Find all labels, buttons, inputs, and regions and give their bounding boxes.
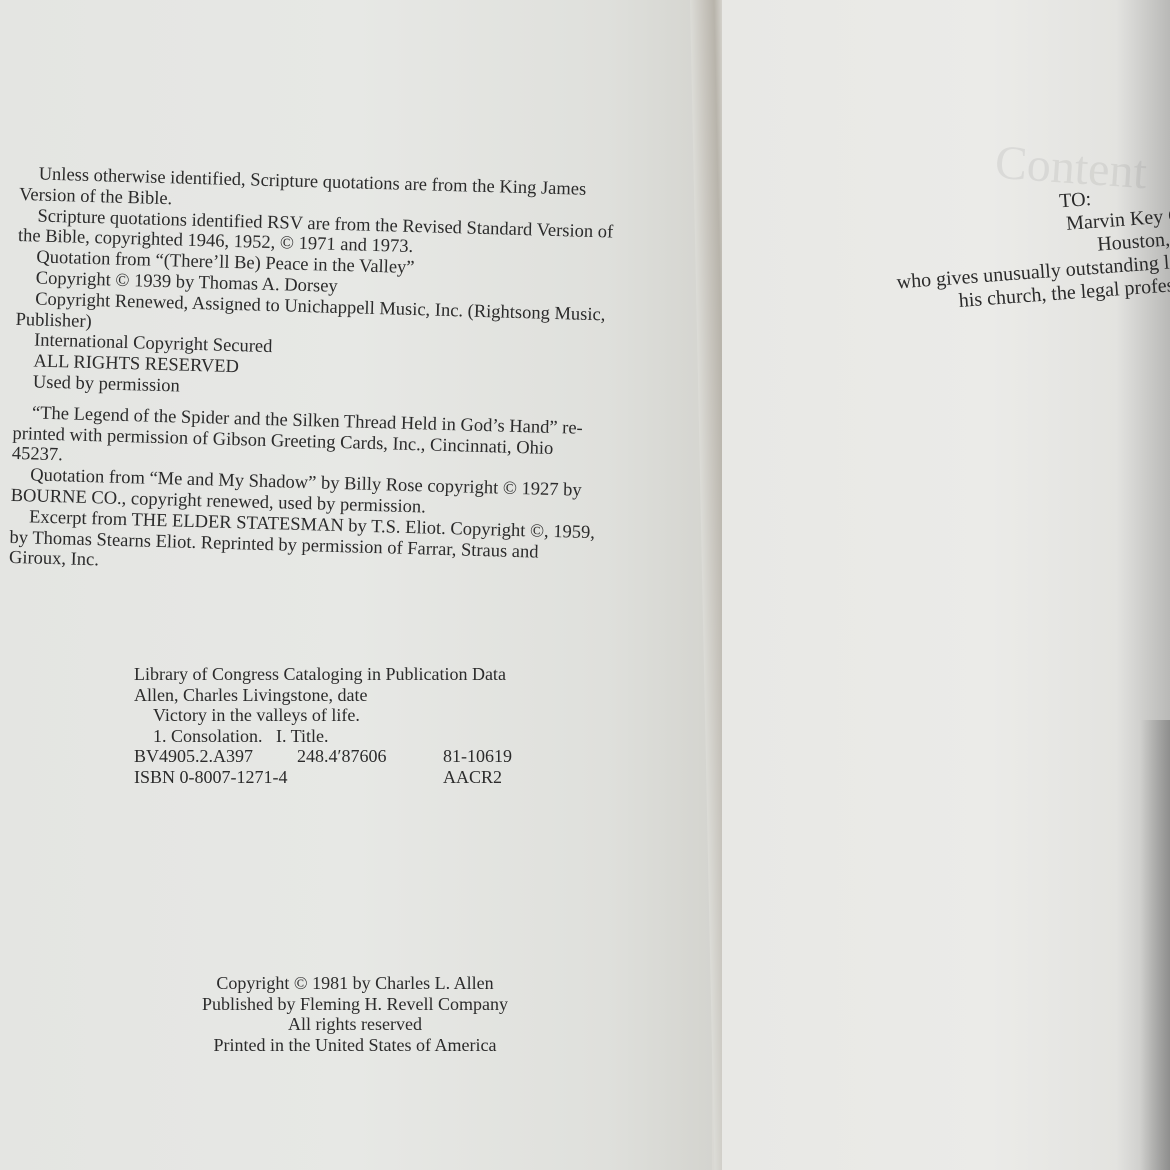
printed-line: Printed in the United States of America bbox=[150, 1035, 560, 1056]
cip-isbn-row: ISBN 0-8007-1271-4 AACR2 bbox=[134, 767, 603, 788]
cip-title: Victory in the valleys of life. bbox=[134, 705, 603, 726]
cip-classification-row: BV4905.2.A397 248.4′87606 81-10619 bbox=[134, 746, 603, 767]
cip-dewey: 248.4′87606 bbox=[297, 746, 443, 767]
cip-heading: Library of Congress Cataloging in Public… bbox=[134, 664, 603, 685]
permissions-block: Unless otherwise identified, Scripture q… bbox=[9, 164, 672, 587]
cip-subjects: 1. Consolation. I. Title. bbox=[134, 726, 603, 747]
cip-author: Allen, Charles Livingstone, date bbox=[134, 685, 603, 706]
cip-lccn: 81-10619 bbox=[443, 746, 603, 767]
copyright-block: Copyright © 1981 by Charles L. Allen Pub… bbox=[150, 973, 560, 1055]
left-page: Unless otherwise identified, Scripture q… bbox=[0, 0, 712, 1170]
publisher-line: Published by Fleming H. Revell Company bbox=[150, 994, 560, 1015]
cip-data-block: Library of Congress Cataloging in Public… bbox=[134, 664, 603, 788]
page-shadow bbox=[1140, 720, 1170, 1170]
rights-line: All rights reserved bbox=[150, 1014, 560, 1035]
copyright-line: Copyright © 1981 by Charles L. Allen bbox=[150, 973, 560, 994]
cip-isbn: ISBN 0-8007-1271-4 bbox=[134, 767, 443, 788]
cip-rules: AACR2 bbox=[443, 767, 502, 788]
cip-call-number: BV4905.2.A397 bbox=[134, 746, 297, 767]
